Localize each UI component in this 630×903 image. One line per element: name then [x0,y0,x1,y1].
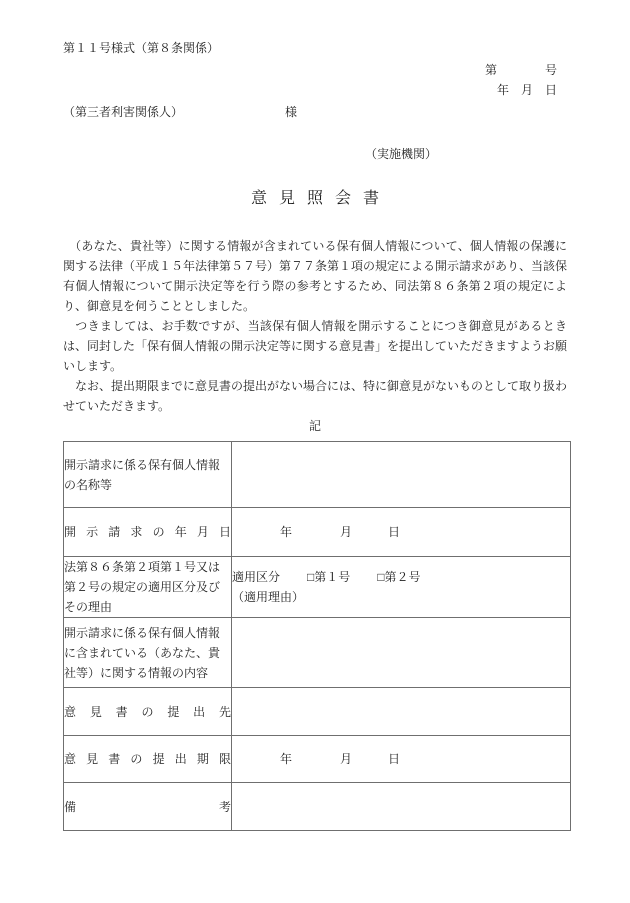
reference-block: 第 号 年 月 日 [63,60,567,100]
doc-date-line: 年 月 日 [63,80,557,100]
field-value-disclosed-info-name [232,442,571,508]
field-value-request-date: 年 月 日 [232,508,571,557]
applicability-reason-label: （適用理由） [232,587,570,607]
field-value-third-party-info-content [232,618,571,688]
table-row: 備 考 [64,783,571,831]
field-value-remarks [232,783,571,831]
inquiry-table: 開示請求に係る保有個人情報の名称等 開 示 請 求 の 年 月 日 年 月 日 … [63,441,571,831]
doc-number-line: 第 号 [63,60,557,80]
field-label-submission-destination: 意 見 書 の 提 出 先 [64,688,232,736]
table-row: 意 見 書 の 提 出 先 [64,688,571,736]
document-page: 第１１号様式（第８条関係） 第 号 年 月 日 （第三者利害関係人） 様 （実施… [0,0,630,903]
field-label-submission-deadline: 意 見 書 の 提 出 期 限 [64,736,232,783]
table-row: 開 示 請 求 の 年 月 日 年 月 日 [64,508,571,557]
addressee-label: （第三者利害関係人） [63,102,285,122]
paragraph-2: つきましては、お手数ですが、当該保有個人情報を開示することにつき御意見があるとき… [63,316,567,376]
paragraph-3: なお、提出期限までに意見書の提出がない場合には、特に御意見がないものとして取り扱… [63,376,567,416]
body-text: （あなた、貴社等）に関する情報が含まれている保有個人情報について、個人情報の保護… [63,236,567,416]
applicability-category-label: 適用区分 [232,570,280,584]
clause1-option[interactable]: □第１号 [307,570,350,584]
table-row: 開示請求に係る保有個人情報の名称等 [64,442,571,508]
addressee-honorific: 様 [285,102,297,122]
paragraph-1: （あなた、貴社等）に関する情報が含まれている保有個人情報について、個人情報の保護… [63,236,567,316]
field-label-disclosed-info-name: 開示請求に係る保有個人情報の名称等 [64,442,232,508]
table-row: 開示請求に係る保有個人情報に含まれている（あなた、貴社等）に関する情報の内容 [64,618,571,688]
table-row: 法第８６条第２項第１号又は第２号の規定の適用区分及びその理由 適用区分 □第１号… [64,557,571,618]
clause2-option[interactable]: □第２号 [377,570,420,584]
clause1-option-label: 第１号 [314,570,350,584]
checkbox-clause2-icon[interactable]: □ [377,570,384,584]
field-label-third-party-info-content: 開示請求に係る保有個人情報に含まれている（あなた、貴社等）に関する情報の内容 [64,618,232,688]
field-label-applicability-clause: 法第８６条第２項第１号又は第２号の規定の適用区分及びその理由 [64,557,232,618]
issuer-line: （実施機関） [365,144,567,164]
field-label-request-date: 開 示 請 求 の 年 月 日 [64,508,232,557]
field-value-submission-destination [232,688,571,736]
table-row: 意 見 書 の 提 出 期 限 年 月 日 [64,736,571,783]
clause2-option-label: 第２号 [385,570,421,584]
field-value-applicability-clause: 適用区分 □第１号 □第２号 （適用理由） [232,557,571,618]
ki-marker: 記 [63,416,567,436]
document-title: 意見照会書 [63,188,567,210]
field-label-remarks: 備 考 [64,783,232,831]
form-number: 第１１号様式（第８条関係） [63,38,567,58]
field-value-submission-deadline: 年 月 日 [232,736,571,783]
applicability-selection-line: 適用区分 □第１号 □第２号 [232,567,570,587]
addressee-line: （第三者利害関係人） 様 [63,102,567,122]
